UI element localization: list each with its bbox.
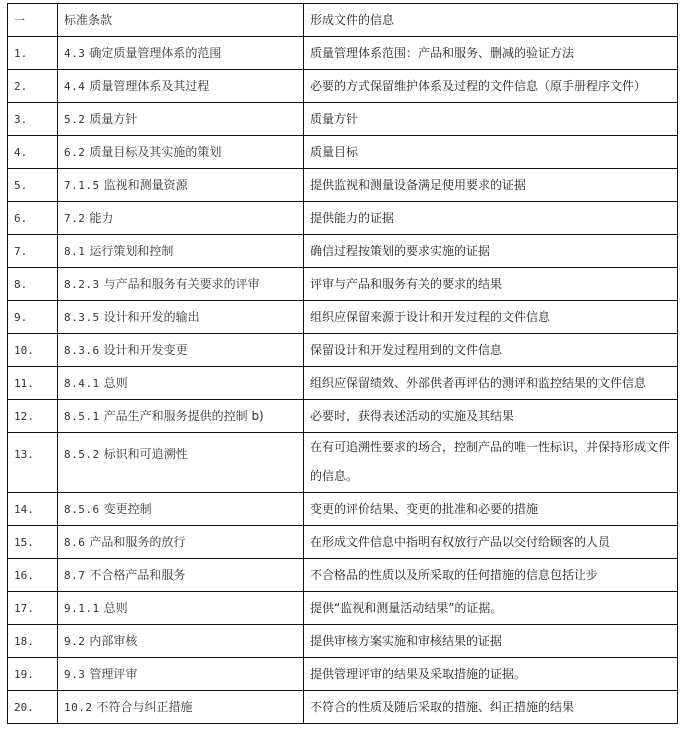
row-clause: 5.2质量方针 [58,103,304,136]
row-clause: 8.6产品和服务的放行 [58,526,304,559]
documented-information-table: 一 标准条款 形成文件的信息 1. 4.3确定质量管理体系的范围 质量管理体系范… [7,3,678,724]
table-row: 8. 8.2.3与产品和服务有关要求的评审 评审与产品和服务有关的要求的结果 [8,268,678,301]
row-info: 提供管理评审的结果及采取措施的证据。 [304,658,678,691]
clause-title: 不符合与纠正措施 [97,700,193,714]
clause-code: 4.4 [64,80,85,93]
clause-title: 产品生产和服务提供的控制 b) [104,409,264,423]
row-clause: 8.5.6变更控制 [58,493,304,526]
row-info: 保留设计和开发过程用到的文件信息 [304,334,678,367]
clause-title: 总则 [104,601,128,615]
table-row: 12. 8.5.1产品生产和服务提供的控制 b) 必要时，获得表述活动的实施及其… [8,400,678,433]
table-row: 2. 4.4质量管理体系及其过程 必要的方式保留维护体系及过程的文件信息（原手册… [8,70,678,103]
row-info: 提供“监视和测量活动结果”的证据。 [304,592,678,625]
table-row: 5. 7.1.5监视和测量资源 提供监视和测量设备满足使用要求的证据 [8,169,678,202]
table-row: 10. 8.3.6设计和开发变更 保留设计和开发过程用到的文件信息 [8,334,678,367]
row-clause: 8.3.6设计和开发变更 [58,334,304,367]
row-info: 确信过程按策划的要求实施的证据 [304,235,678,268]
clause-code: 8.6 [64,536,85,549]
row-info: 变更的评价结果、变更的批准和必要的措施 [304,493,678,526]
row-clause: 9.3管理评审 [58,658,304,691]
clause-code: 10.2 [64,701,93,714]
row-clause: 8.5.2标识和可追溯性 [58,433,304,493]
clause-code: 9.2 [64,635,85,648]
row-info: 提供监视和测量设备满足使用要求的证据 [304,169,678,202]
row-clause: 8.4.1总则 [58,367,304,400]
table-row: 17. 9.1.1总则 提供“监视和测量活动结果”的证据。 [8,592,678,625]
row-info: 不合格品的性质以及所采取的任何措施的信息包括让步 [304,559,678,592]
row-info: 不符合的性质及随后采取的措施、纠正措施的结果 [304,691,678,724]
row-info: 提供审核方案实施和审核结果的证据 [304,625,678,658]
table-row: 14. 8.5.6变更控制 变更的评价结果、变更的批准和必要的措施 [8,493,678,526]
clause-code: 5.2 [64,113,85,126]
row-info: 组织应保留来源于设计和开发过程的文件信息 [304,301,678,334]
row-clause: 9.2内部审核 [58,625,304,658]
row-number: 6. [8,202,58,235]
header-info: 形成文件的信息 [304,4,678,37]
clause-title: 能力 [89,211,113,225]
row-info: 质量目标 [304,136,678,169]
clause-title: 运行策划和控制 [89,244,173,258]
row-info: 在形成文件信息中指明有权放行产品以交付给顾客的人员 [304,526,678,559]
row-clause: 8.1运行策划和控制 [58,235,304,268]
clause-code: 8.7 [64,569,85,582]
row-clause: 8.7不合格产品和服务 [58,559,304,592]
table-row: 1. 4.3确定质量管理体系的范围 质量管理体系范围：产品和服务、删减的验证方法 [8,37,678,70]
table-row: 4. 6.2质量目标及其实施的策划 质量目标 [8,136,678,169]
row-clause: 10.2不符合与纠正措施 [58,691,304,724]
clause-code: 8.5.2 [64,448,100,461]
table-header-row: 一 标准条款 形成文件的信息 [8,4,678,37]
row-info: 在有可追溯性要求的场合，控制产品的唯一性标识，并保持形成文件的信息。 [304,433,678,493]
row-clause: 6.2质量目标及其实施的策划 [58,136,304,169]
table-row: 18. 9.2内部审核 提供审核方案实施和审核结果的证据 [8,625,678,658]
row-clause: 7.1.5监视和测量资源 [58,169,304,202]
clause-code: 9.1.1 [64,602,100,615]
clause-title: 质量目标及其实施的策划 [89,145,221,159]
table-row: 13. 8.5.2标识和可追溯性 在有可追溯性要求的场合，控制产品的唯一性标识，… [8,433,678,493]
header-number: 一 [8,4,58,37]
row-clause: 7.2能力 [58,202,304,235]
row-clause: 8.5.1产品生产和服务提供的控制 b) [58,400,304,433]
clause-title: 质量管理体系及其过程 [89,79,209,93]
row-number: 13. [8,433,58,493]
row-clause: 4.3确定质量管理体系的范围 [58,37,304,70]
clause-title: 标识和可追溯性 [104,447,188,461]
table-row: 11. 8.4.1总则 组织应保留绩效、外部供者再评估的测评和监控结果的文件信息 [8,367,678,400]
table-row: 6. 7.2能力 提供能力的证据 [8,202,678,235]
clause-code: 6.2 [64,146,85,159]
row-number: 18. [8,625,58,658]
clause-code: 4.3 [64,47,85,60]
clause-title: 确定质量管理体系的范围 [89,46,221,60]
clause-title: 管理评审 [89,667,137,681]
row-clause: 8.3.5设计和开发的输出 [58,301,304,334]
table-row: 7. 8.1运行策划和控制 确信过程按策划的要求实施的证据 [8,235,678,268]
row-info: 质量管理体系范围：产品和服务、删减的验证方法 [304,37,678,70]
clause-code: 8.3.6 [64,344,100,357]
row-number: 1. [8,37,58,70]
clause-code: 7.1.5 [64,179,100,192]
row-number: 4. [8,136,58,169]
table-row: 19. 9.3管理评审 提供管理评审的结果及采取措施的证据。 [8,658,678,691]
clause-code: 8.4.1 [64,377,100,390]
row-number: 11. [8,367,58,400]
row-number: 15. [8,526,58,559]
row-number: 8. [8,268,58,301]
header-clause: 标准条款 [58,4,304,37]
row-clause: 9.1.1总则 [58,592,304,625]
table-row: 3. 5.2质量方针 质量方针 [8,103,678,136]
clause-title: 变更控制 [104,502,152,516]
row-number: 10. [8,334,58,367]
clause-title: 监视和测量资源 [104,178,188,192]
clause-code: 8.2.3 [64,278,100,291]
row-number: 5. [8,169,58,202]
row-number: 2. [8,70,58,103]
row-number: 16. [8,559,58,592]
clause-code: 8.1 [64,245,85,258]
table-row: 16. 8.7不合格产品和服务 不合格品的性质以及所采取的任何措施的信息包括让步 [8,559,678,592]
clause-code: 7.2 [64,212,85,225]
clause-title: 设计和开发变更 [104,343,188,357]
clause-title: 不合格产品和服务 [89,568,185,582]
table-row: 9. 8.3.5设计和开发的输出 组织应保留来源于设计和开发过程的文件信息 [8,301,678,334]
row-number: 9. [8,301,58,334]
row-clause: 8.2.3与产品和服务有关要求的评审 [58,268,304,301]
table-row: 15. 8.6产品和服务的放行 在形成文件信息中指明有权放行产品以交付给顾客的人… [8,526,678,559]
row-info: 组织应保留绩效、外部供者再评估的测评和监控结果的文件信息 [304,367,678,400]
row-number: 20. [8,691,58,724]
row-number: 3. [8,103,58,136]
row-info: 必要的方式保留维护体系及过程的文件信息（原手册程序文件） [304,70,678,103]
clause-title: 质量方针 [89,112,137,126]
row-number: 12. [8,400,58,433]
clause-code: 9.3 [64,668,85,681]
row-info: 评审与产品和服务有关的要求的结果 [304,268,678,301]
row-number: 14. [8,493,58,526]
row-number: 17. [8,592,58,625]
clause-title: 设计和开发的输出 [104,310,200,324]
row-number: 7. [8,235,58,268]
clause-code: 8.3.5 [64,311,100,324]
row-number: 19. [8,658,58,691]
clause-title: 总则 [104,376,128,390]
clause-title: 产品和服务的放行 [89,535,185,549]
row-info: 必要时，获得表述活动的实施及其结果 [304,400,678,433]
clause-title: 内部审核 [89,634,137,648]
clause-title: 与产品和服务有关要求的评审 [104,277,260,291]
row-info: 质量方针 [304,103,678,136]
row-clause: 4.4质量管理体系及其过程 [58,70,304,103]
clause-code: 8.5.1 [64,410,100,423]
row-info: 提供能力的证据 [304,202,678,235]
clause-code: 8.5.6 [64,503,100,516]
table-row: 20. 10.2不符合与纠正措施 不符合的性质及随后采取的措施、纠正措施的结果 [8,691,678,724]
